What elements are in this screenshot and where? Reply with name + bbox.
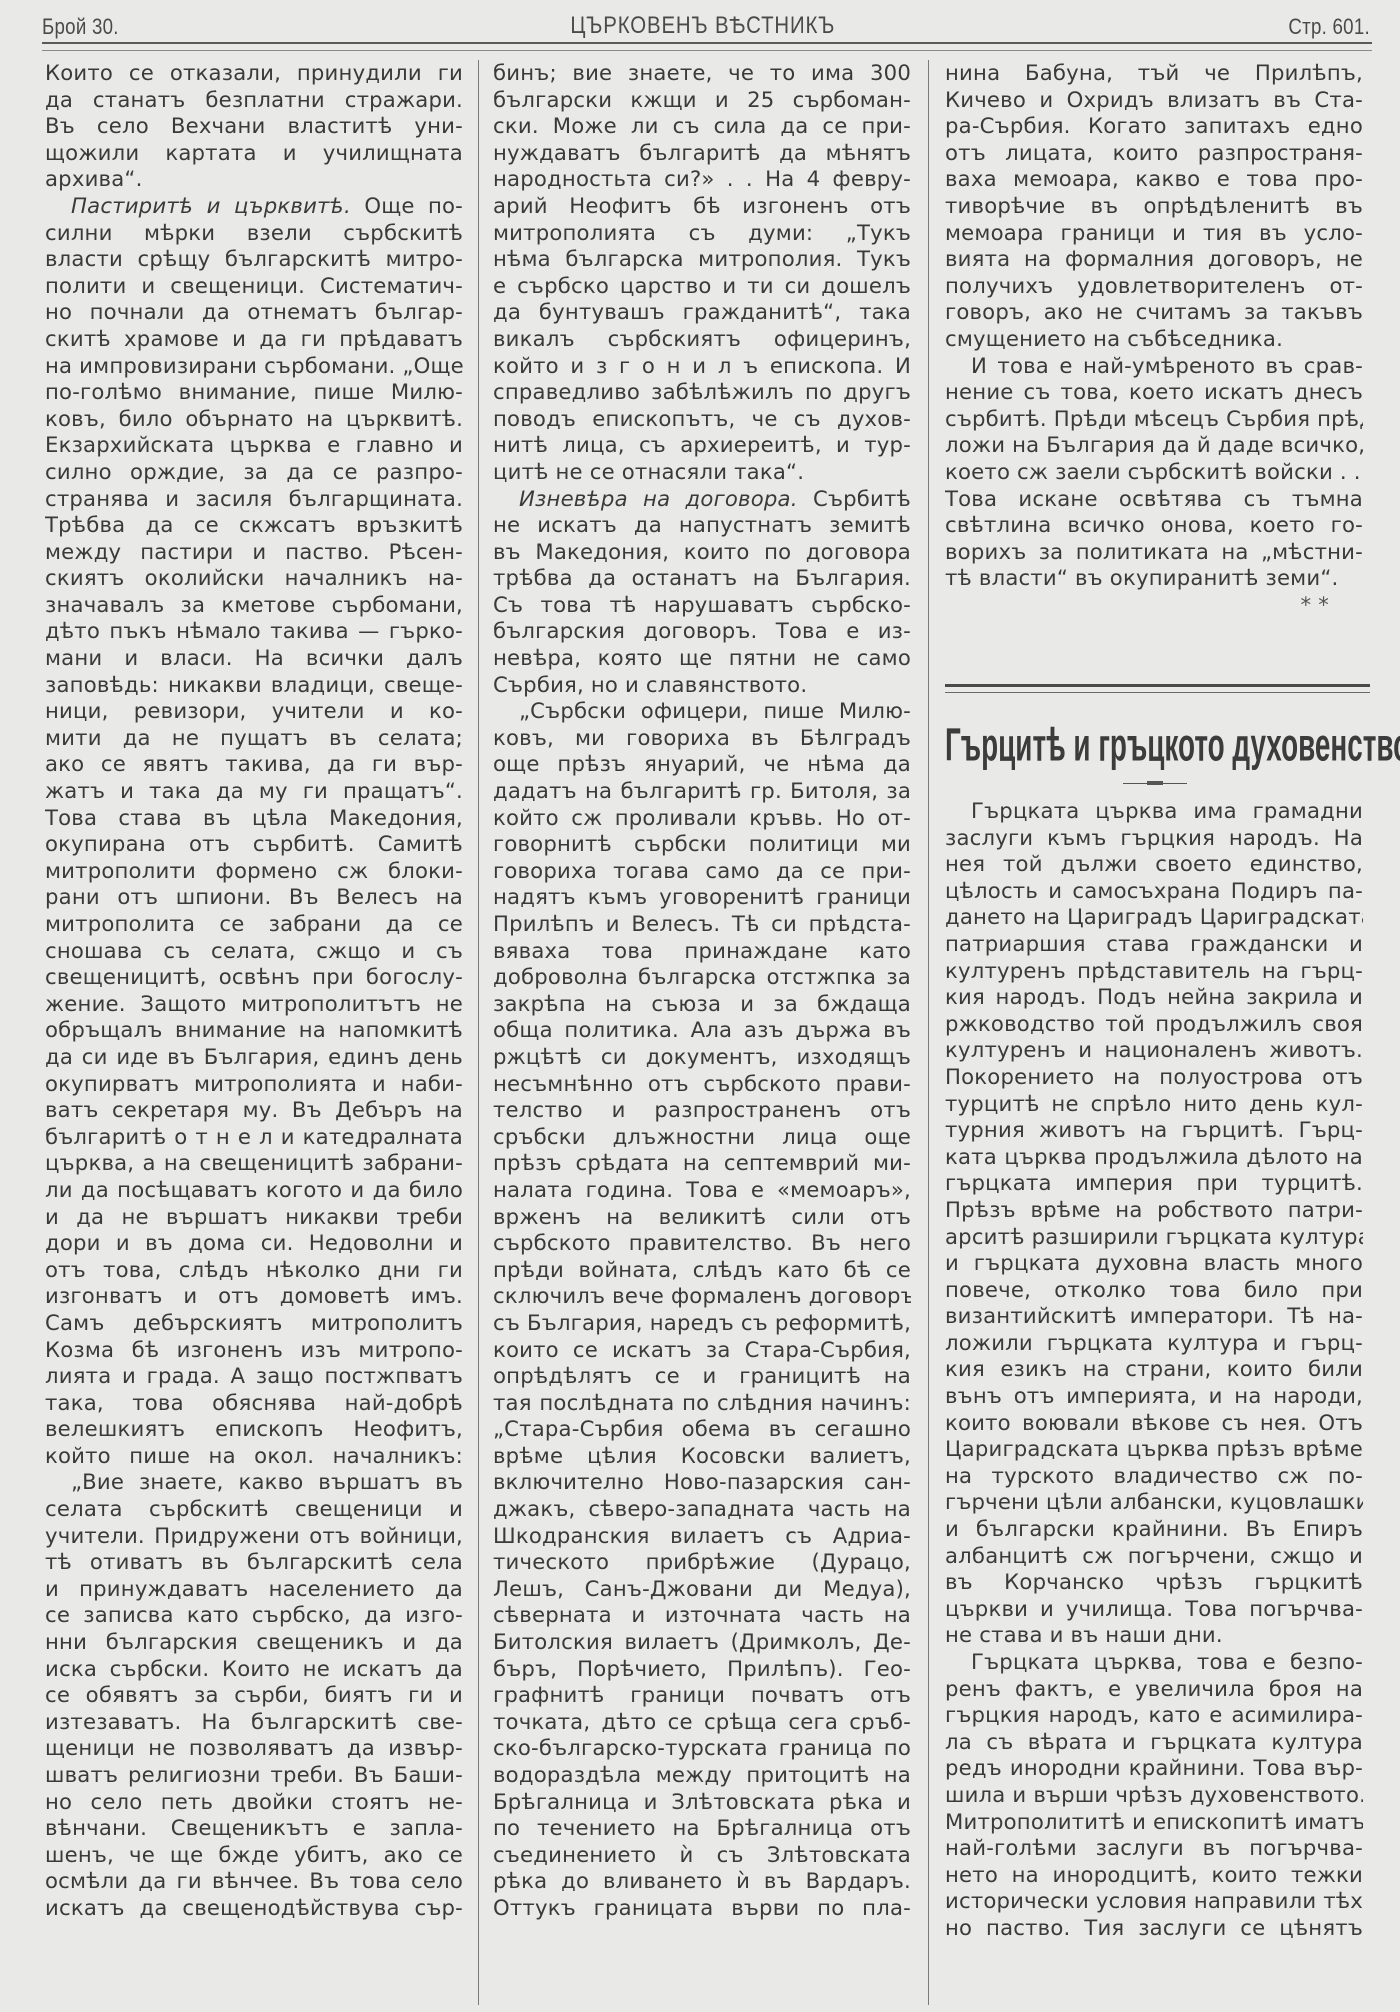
text-line: налата година. Това е «мемоаръ», — [493, 1177, 911, 1204]
text-line: невѣра, която ще пятни не само — [493, 645, 911, 672]
text-line: велешкиятъ епископъ Неофитъ, — [45, 1416, 463, 1443]
text-line: така, това обяснява най-добрѣ — [45, 1390, 463, 1417]
text-line: Покорението на полуострова отъ — [945, 1064, 1363, 1091]
text-line: църкви и училища. Това погърчва- — [945, 1596, 1363, 1623]
text-line: силни мѣрки взели сърбскитѣ — [45, 220, 463, 247]
text-line: митрополита се забрани да се — [45, 911, 463, 938]
text-line: бъръ, Порѣчието, Прилѣпъ). Гео- — [493, 1656, 911, 1683]
text-line: смущението на събѣседника. — [945, 326, 1363, 353]
ornament-divider — [1123, 783, 1187, 787]
text-line: сношава съ селата, сжщо и съ — [45, 938, 463, 965]
text-line: закрѣпа на съюза и за бждаща — [493, 991, 911, 1018]
text-line: странява и засиля българщината. — [45, 486, 463, 513]
text-line: ра-Сърбия. Когато запитахъ едно — [945, 113, 1363, 140]
column-1: Които се отказали, принудили гида станат… — [45, 60, 463, 1922]
text-line: цитѣ не се отнасяли така“. — [493, 459, 911, 486]
text-line: говоръ, ако не считамъ за такъвъ — [945, 299, 1363, 326]
text-line: да бунтувашъ гражданитѣ“, така — [493, 299, 911, 326]
text-line: говорнитѣ сърбски политици ми — [493, 831, 911, 858]
text-line: мити да не пущатъ въ селата; — [45, 725, 463, 752]
text-line: тѣ власти“ въ окупиранитѣ земи“. — [945, 565, 1363, 592]
text-line: И това е най-умѣреното въ срав- — [945, 353, 1363, 380]
text-line: Прѣзъ врѣме на робството патри- — [945, 1197, 1363, 1224]
text-line: дадатъ на българитѣ гр. Битоля, за — [493, 778, 911, 805]
text-line: е сърбско царство и ти си дошелъ — [493, 273, 911, 300]
text-line: прѣзъ срѣдата на септемврий ми- — [493, 1150, 911, 1177]
text-line: Пастиритѣ и църквитѣ. Още по- — [45, 193, 463, 220]
text-line: щеници не позволяватъ да извър- — [45, 1735, 463, 1762]
text-line: Кичево и Охридъ влизатъ въ Ста- — [945, 87, 1363, 114]
text-line: Лешъ, Санъ-Джовани ди Медуа), — [493, 1576, 911, 1603]
text-line: Шкодранския вилаетъ съ Адриа- — [493, 1523, 911, 1550]
text-line: шила и върши чрѣзъ духовенството. — [945, 1782, 1363, 1809]
text-line: графнитѣ граници почватъ отъ — [493, 1682, 911, 1709]
text-line: които воювали вѣкове съ нея. Отъ — [945, 1410, 1363, 1437]
text-line: заповѣдь: никакви владици, свеще- — [45, 672, 463, 699]
text-line: ско-българско-турската граница по — [493, 1735, 911, 1762]
text-line: който сж проливали кръвь. Но от- — [493, 805, 911, 832]
text-line: Цариградската църква прѣзъ врѣме — [945, 1436, 1363, 1463]
text-line: да станатъ безплатни стражари. — [45, 87, 463, 114]
text-line: и да не вършатъ никакви треби — [45, 1204, 463, 1231]
text-line: гърцката империя при турцитѣ. — [945, 1170, 1363, 1197]
text-line: църква, а на свещеницитѣ забрани- — [45, 1150, 463, 1177]
text-line: прѣди войната, слѣдъ като бѣ се — [493, 1257, 911, 1284]
text-line: Брѣгалница и Злѣтовската рѣка и — [493, 1789, 911, 1816]
text-line: който и з г о н и л ъ епископа. И — [493, 353, 911, 380]
text-line: изтезаватъ. На българскитѣ све- — [45, 1709, 463, 1736]
text-line: жение. Защото митрополитътъ не — [45, 991, 463, 1018]
text-line: Гърцката църква, това е безпо- — [945, 1649, 1363, 1676]
text-line: ката църква продължила дѣлото на — [945, 1144, 1363, 1171]
text-line: свещеницитѣ, освѣнъ при богослу- — [45, 964, 463, 991]
text-line: Гърцката църква има грамадни — [945, 798, 1363, 825]
text-line: вънъ отъ империята, и на народи, — [945, 1383, 1363, 1410]
text-line: ли да посѣщаватъ когото и да било — [45, 1177, 463, 1204]
text-line: повече, отколко това било при — [945, 1277, 1363, 1304]
text-line: отъ лицата, които разпространя- — [945, 140, 1363, 167]
text-line: кия народъ. Подъ нейна закрила и — [945, 984, 1363, 1011]
text-line: българитѣ о т н е л и катедралната — [45, 1124, 463, 1151]
newspaper-title: ЦЪРКОВЕНЪ ВѢСТНИКЪ — [571, 12, 836, 40]
text-line: турния животъ на гърцитѣ. Гърц- — [945, 1117, 1363, 1144]
text-line: несъмнѣнно отъ сърбското прави- — [493, 1071, 911, 1098]
text-line: гърцкия народъ, като е асимилира- — [945, 1702, 1363, 1729]
text-line: да си иде въ България, единъ день — [45, 1044, 463, 1071]
text-line: нѣма българска митрополия. Тукъ — [493, 246, 911, 273]
text-line: селата сърбскитѣ свещеници и — [45, 1496, 463, 1523]
text-line: осмѣли да ги вѣнчее. Въ това село — [45, 1868, 463, 1895]
text-line: дането на Цариградъ Цариградската — [945, 904, 1363, 931]
text-line: Екзархийската църква е главно и — [45, 432, 463, 459]
text-line: и гърцката духовна власть много — [945, 1250, 1363, 1277]
text-line: ложи на България да й даде всичко, — [945, 432, 1363, 459]
column-divider — [478, 60, 479, 2005]
text-line: полити и свещеници. Систематич- — [45, 273, 463, 300]
text-line: културенъ прѣдставитель на гърц- — [945, 958, 1363, 985]
text-line: по течението на Брѣгалница отъ — [493, 1815, 911, 1842]
text-line: редъ инородни крайнини. Това вър- — [945, 1755, 1363, 1782]
text-line: турцитѣ не спрѣло нито день кул- — [945, 1091, 1363, 1118]
text-line: Козма бѣ изгоненъ изъ митропо- — [45, 1337, 463, 1364]
text-line: Оттукъ границата върви по пла- — [493, 1895, 911, 1922]
text-line: исторически условия направили тѣх- — [945, 1888, 1363, 1915]
text-line: ски. Може ли съ сила да се при- — [493, 113, 911, 140]
text-line: кия езикъ на страни, които били — [945, 1356, 1363, 1383]
text-line: врженъ на великитѣ сили отъ — [493, 1204, 911, 1231]
text-line: митрополити формено сж блоки- — [45, 858, 463, 885]
newspaper-page: Брой 30. ЦЪРКОВЕНЪ ВѢСТНИКЪ Стр. 601. Ко… — [0, 0, 1400, 2012]
text-line: Въ село Вехчани властитѣ уни- — [45, 113, 463, 140]
text-line: трѣбва да останатъ на България. — [493, 565, 911, 592]
column-2: бинъ; вие знаете, че то има 300български… — [493, 60, 911, 1922]
text-line: мемоара граници и тия въ усло- — [945, 220, 1363, 247]
section-divider — [945, 684, 1370, 693]
text-line: въ Корчанско чрѣзъ гърцкитѣ — [945, 1569, 1363, 1596]
text-line: опрѣдѣлятъ се и границитѣ на — [493, 1363, 911, 1390]
text-line: отъ това, слѣдъ нѣколко дни ги — [45, 1257, 463, 1284]
text-line: шватъ религиозни треби. Въ Баши- — [45, 1762, 463, 1789]
text-line: нни българския свещеникъ и да — [45, 1629, 463, 1656]
text-line: нитѣ лица, съ архиереитѣ, и тур- — [493, 432, 911, 459]
text-line: културенъ и националенъ животъ. — [945, 1037, 1363, 1064]
text-line: иска сърбски. Които не искатъ да — [45, 1656, 463, 1683]
text-line: окупирватъ митрополията и наби- — [45, 1071, 463, 1098]
text-line: Които се отказали, принудили ги — [45, 60, 463, 87]
text-line: Това става въ цѣла Македония, — [45, 805, 463, 832]
text-line: арий Неофитъ бѣ изгоненъ отъ — [493, 193, 911, 220]
text-line: „Стара-Сърбия обема въ сегашно — [493, 1416, 911, 1443]
text-line: патриаршия става граждански и — [945, 931, 1363, 958]
text-line: и български крайнини. Въ Епиръ — [945, 1516, 1363, 1543]
text-line: и принуждаватъ населението да — [45, 1576, 463, 1603]
text-line: нина Бабуна, тъй че Прилѣпъ, — [945, 60, 1363, 87]
text-line: говориха тогава само да се при- — [493, 858, 911, 885]
text-line: не искатъ да напустнатъ земитѣ — [493, 512, 911, 539]
text-line: скитѣ храмове и да ги прѣдаватъ — [45, 326, 463, 353]
text-line: ватъ секретаря му. Въ Дебъръ на — [45, 1097, 463, 1124]
text-line: скиятъ околийски началникъ на- — [45, 565, 463, 592]
text-line: по-голѣмо внимание, пише Милю- — [45, 379, 463, 406]
text-line: на импровизирани сърбомани. „Още — [45, 353, 463, 380]
text-line: албанцитѣ сж погърчени, сжщо и — [945, 1543, 1363, 1570]
text-line: нето на инородцитѣ, които тежки — [945, 1862, 1363, 1889]
text-line: се записва като сърбско, да изго- — [45, 1602, 463, 1629]
text-line: ако се явятъ такива, да ги вър- — [45, 751, 463, 778]
text-line: викалъ сърбскиятъ офицеринъ, — [493, 326, 911, 353]
text-line: шенъ, че ще бжде убитъ, ако се — [45, 1842, 463, 1869]
text-line: въ Македония, които по договора — [493, 539, 911, 566]
text-line: мани и власи. На всички далъ — [45, 645, 463, 672]
text-line: ници, ревизори, учители и ко- — [45, 698, 463, 725]
text-line: арситѣ разширили гърцката култура — [945, 1224, 1363, 1251]
text-line: ковъ, било обърнато на църквитѣ. — [45, 406, 463, 433]
text-line: сръбски длъжностни лица още — [493, 1124, 911, 1151]
text-line: ложили гърцката култура и гърц- — [945, 1330, 1363, 1357]
text-line: сърбското правителство. Въ него — [493, 1230, 911, 1257]
text-line: значавалъ за кметове сърбомани, — [45, 592, 463, 619]
text-line: обръщалъ внимание на напомкитѣ — [45, 1017, 463, 1044]
text-line: изгонватъ и отъ домоветѣ имъ. — [45, 1283, 463, 1310]
text-line: най-голѣми заслуги въ погърчва- — [945, 1835, 1363, 1862]
text-line: сключилъ вече формаленъ договоръ — [493, 1283, 911, 1310]
text-line: „Сърбски офицери, пише Милю- — [493, 698, 911, 725]
text-line: ла съ вѣрата и гърцката култура — [945, 1729, 1363, 1756]
text-line: Битолския вилаетъ (Дримколъ, Де- — [493, 1629, 911, 1656]
column-divider — [928, 60, 929, 2005]
text-line: народностьта си?» . . На 4 февру- — [493, 166, 911, 193]
text-line: се обявятъ за сърби, биятъ ги и — [45, 1682, 463, 1709]
text-line: на турското владичество сж по- — [945, 1463, 1363, 1490]
text-line: власти срѣщу българскитѣ митро- — [45, 246, 463, 273]
text-line: Трѣбва да се скжсатъ връзкитѣ — [45, 512, 463, 539]
text-line: дори и въ дома си. Недоволни и — [45, 1230, 463, 1257]
text-line: учители. Придружени отъ войници, — [45, 1523, 463, 1550]
text-line: силно орждие, за да се разпро- — [45, 459, 463, 486]
text-line: жатъ и така да му ги пращатъ“. — [45, 778, 463, 805]
article-2-body: Гърцката църква има грамаднизаслуги къмъ… — [945, 798, 1363, 1942]
text-line: окупирана отъ сърбитѣ. Самитѣ — [45, 831, 463, 858]
signature: * * — [945, 592, 1363, 619]
masthead: Брой 30. ЦЪРКОВЕНЪ ВѢСТНИКЪ Стр. 601. — [42, 10, 1370, 40]
issue-number: Брой 30. — [42, 14, 119, 40]
text-line: включително Ново-пазарския сан- — [493, 1469, 911, 1496]
text-line: поводъ епископътъ, че съ духов- — [493, 406, 911, 433]
text-line: тиворѣчие въ опрѣдѣленитѣ въ — [945, 193, 1363, 220]
text-line: не става и въ наши дни. — [945, 1622, 1363, 1649]
text-line: рани отъ шпиони. Въ Велесъ на — [45, 884, 463, 911]
text-line: Съ това тѣ нарушаватъ сърбско- — [493, 592, 911, 619]
text-line: сърбитѣ. Прѣди мѣсецъ Сърбия прѣд — [945, 406, 1363, 433]
text-line: телство и разпространенъ отъ — [493, 1097, 911, 1124]
text-line: Прилѣпъ и Велесъ. Тѣ си прѣдста- — [493, 911, 911, 938]
text-line: щожили картата и училищната — [45, 140, 463, 167]
text-line: доброволна българска отстжпка за — [493, 964, 911, 991]
text-line: водораздѣла между притоцитѣ на — [493, 1762, 911, 1789]
text-line: точката, дѣто се срѣща сега сръб- — [493, 1709, 911, 1736]
text-line: тическото прибрѣжие (Дурацо, — [493, 1549, 911, 1576]
text-line: български кжщи и 25 сърбоман- — [493, 87, 911, 114]
text-line: лията и града. А защо постжпватъ — [45, 1363, 463, 1390]
text-line: джакъ, сѣверо-западната часть на — [493, 1496, 911, 1523]
text-line: справедливо забѣлѣжилъ по другъ — [493, 379, 911, 406]
text-line: ваха мемоара, какво е това про- — [945, 166, 1363, 193]
masthead-rule — [42, 42, 1372, 51]
text-line: Това искане освѣтява съ тъмна — [945, 486, 1363, 513]
text-line: вѣнчани. Свещеникътъ е запла- — [45, 1815, 463, 1842]
text-line: бинъ; вие знаете, че то има 300 — [493, 60, 911, 87]
text-line: тая послѣдната по слѣдния начинъ: — [493, 1390, 911, 1417]
text-line: искатъ да свещенодѣйствува сър- — [45, 1895, 463, 1922]
text-line: ржководство той продължилъ своя — [945, 1011, 1363, 1038]
text-line: ренъ фактъ, е увеличила броя на — [945, 1676, 1363, 1703]
text-line: българския договоръ. Това е из- — [493, 618, 911, 645]
text-line: надятъ къмъ уговоренитѣ граници — [493, 884, 911, 911]
text-line: между пастири и паство. Рѣсен- — [45, 539, 463, 566]
text-line: заслуги къмъ гърцкия народъ. На — [945, 825, 1363, 852]
text-line: вяваха това принаждане като — [493, 938, 911, 965]
text-line: архива“. — [45, 166, 463, 193]
text-line: обща политика. Ала азъ държа въ — [493, 1017, 911, 1044]
article-heading: Гърцитѣ и гръцкото духовенство. — [945, 720, 1294, 773]
text-line: нея той дължи своето единство, — [945, 851, 1363, 878]
text-line: още прѣзъ януарий, че нѣма да — [493, 751, 911, 778]
text-line: дѣто пъкъ нѣмало такива — гърко- — [45, 618, 463, 645]
text-line: ржцѣтѣ си документъ, изходящъ — [493, 1044, 911, 1071]
text-line: получихъ удовлетворителенъ от- — [945, 273, 1363, 300]
text-line: рѣка до вливането ѝ въ Вардаръ. — [493, 1868, 911, 1895]
text-line: Самъ дебърскиятъ митрополитъ — [45, 1310, 463, 1337]
text-line: Сърбия, но и славянството. — [493, 672, 911, 699]
text-line: гърчени цѣли албански, куцовлашки — [945, 1489, 1363, 1516]
text-line: които се искатъ за Стара-Сърбия, — [493, 1337, 911, 1364]
text-line: съединението ѝ съ Злѣтовската — [493, 1842, 911, 1869]
text-line: „Вие знаете, какво вършатъ въ — [45, 1469, 463, 1496]
text-line: сѣверната и източната часть на — [493, 1602, 911, 1629]
text-line: византийскитѣ императори. Тѣ на- — [945, 1303, 1363, 1330]
text-line: но село петь двойки стоятъ не- — [45, 1789, 463, 1816]
text-line: врѣме цѣлия Косовски валиетъ, — [493, 1443, 911, 1470]
text-line: нуждаватъ българитѣ да мѣнятъ — [493, 140, 911, 167]
text-line: но паство. Тия заслуги се цѣнятъ — [945, 1915, 1363, 1942]
text-line: Изневѣра на договора. Сърбитѣ — [493, 486, 911, 513]
text-line: което сж заели сърбскитѣ войски . . . — [945, 459, 1363, 486]
page-number: Стр. 601. — [1288, 14, 1370, 40]
text-line: тѣ отиватъ въ българскитѣ села — [45, 1549, 463, 1576]
text-line: свѣтлина всичко онова, което го- — [945, 512, 1363, 539]
text-line: цѣлость и самосъхрана Подиръ па- — [945, 878, 1363, 905]
text-line: митрополията съ думи: „Тукъ — [493, 220, 911, 247]
column-3: нина Бабуна, тъй че Прилѣпъ,Кичево и Охр… — [945, 60, 1363, 618]
text-line: ковъ, ми говориха въ Бѣлградъ — [493, 725, 911, 752]
text-line: съ България, наредъ съ реформитѣ, — [493, 1310, 911, 1337]
text-line: ворихъ за политиката на „мѣстни- — [945, 539, 1363, 566]
text-line: който пише на окол. началникъ: — [45, 1443, 463, 1470]
text-line: нение съ това, което искатъ днесъ — [945, 379, 1363, 406]
text-line: Митрополититѣ и епископитѣ иматъ — [945, 1809, 1363, 1836]
text-line: но почнали да отнематъ българ- — [45, 299, 463, 326]
text-line: вията на формалния договоръ, не — [945, 246, 1363, 273]
